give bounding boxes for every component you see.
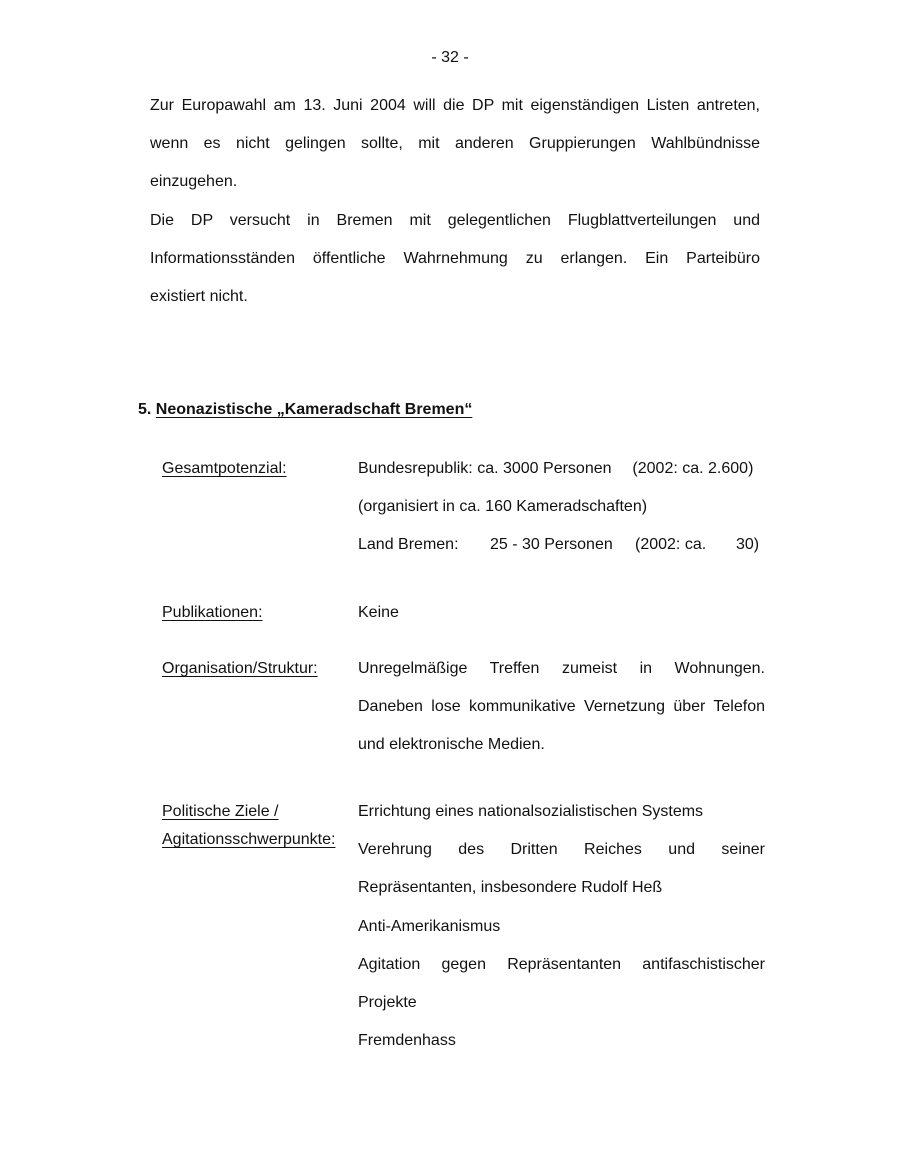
label-line: Politische Ziele / — [162, 798, 335, 826]
ziel-item: Anti-Amerikanismus — [358, 908, 765, 946]
text-line: Daneben lose kommunikative Vernetzung üb… — [358, 688, 765, 726]
ziel-item: Errichtung eines nationalsozialistischen… — [358, 793, 765, 831]
ziel-item: Fremdenhass — [358, 1022, 765, 1060]
text-line: und elektronische Medien. — [358, 726, 765, 764]
section-number: 5. — [138, 401, 151, 418]
label-line: Agitationsschwerpunkte: — [162, 826, 335, 854]
text-line: Unregelmäßige Treffen zumeist in Wohnung… — [358, 650, 765, 688]
land-row: Land Bremen: 25 - 30 Personen (2002: ca.… — [358, 526, 765, 564]
bund-note: (organisiert in ca. 160 Kameradschaften) — [358, 488, 765, 526]
land-prior-prefix: (2002: ca. — [635, 526, 706, 564]
section-title: Neonazistische „Kameradschaft Bremen“ — [156, 401, 473, 418]
land-prior-value: 30) — [736, 526, 759, 564]
field-label-gesamtpotenzial: Gesamtpotenzial: — [162, 455, 287, 483]
section-heading: 5. Neonazistische „Kameradschaft Bremen“ — [138, 401, 472, 419]
text-line: existiert nicht. — [150, 278, 760, 316]
bund-row: Bundesrepublik: ca. 3000 Personen (2002:… — [358, 450, 765, 488]
field-value-organisation: Unregelmäßige Treffen zumeist in Wohnung… — [358, 650, 765, 765]
field-label-ziele: Politische Ziele / Agitationsschwerpunkt… — [162, 798, 335, 854]
text-line: einzugehen. — [150, 163, 760, 201]
ziel-item: Repräsentanten, insbesondere Rudolf Heß — [358, 869, 765, 907]
field-value-gesamtpotenzial: Bundesrepublik: ca. 3000 Personen (2002:… — [358, 450, 765, 565]
ziel-item: Verehrung des Dritten Reiches und seiner — [358, 831, 765, 869]
publikationen-value: Keine — [358, 594, 765, 632]
field-value-ziele: Errichtung eines nationalsozialistischen… — [358, 793, 765, 1060]
land-count: 25 - 30 Personen — [490, 526, 613, 564]
text-line: Informationsständen öffentliche Wahrnehm… — [150, 240, 760, 278]
paragraph-dp-bremen: Die DP versucht in Bremen mit gelegentli… — [150, 202, 760, 317]
text-line: Die DP versucht in Bremen mit gelegentli… — [150, 202, 760, 240]
field-value-publikationen: Keine — [358, 594, 765, 632]
ziel-item: Agitation gegen Repräsentanten antifasch… — [358, 946, 765, 984]
page-number: - 32 - — [0, 49, 900, 67]
text-line: wenn es nicht gelingen sollte, mit ander… — [150, 125, 760, 163]
bund-prior: (2002: ca. 2.600) — [632, 460, 753, 477]
ziel-item: Projekte — [358, 984, 765, 1022]
bund-count: Bundesrepublik: ca. 3000 Personen — [358, 460, 612, 477]
paragraph-europawahl: Zur Europawahl am 13. Juni 2004 will die… — [150, 87, 760, 202]
land-label: Land Bremen: — [358, 526, 459, 564]
field-label-publikationen: Publikationen: — [162, 599, 263, 627]
field-label-organisation: Organisation/Struktur: — [162, 655, 318, 683]
text-line: Zur Europawahl am 13. Juni 2004 will die… — [150, 87, 760, 125]
